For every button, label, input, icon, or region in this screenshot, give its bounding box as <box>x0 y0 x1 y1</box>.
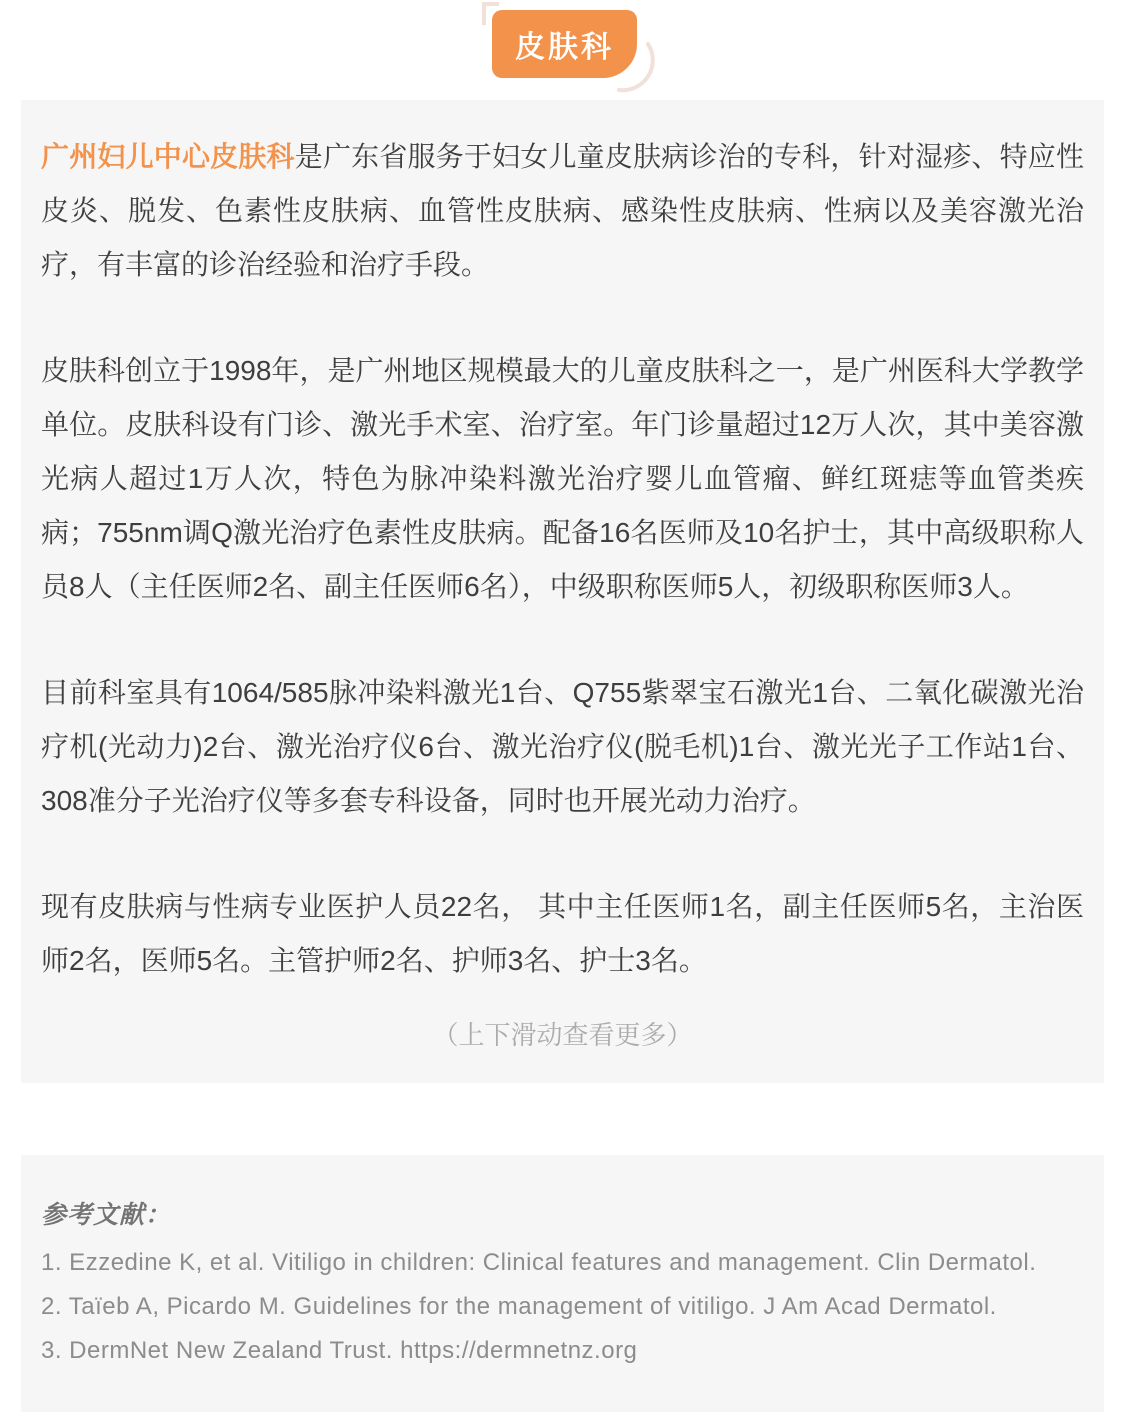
department-name-highlight: 广州妇儿中心皮肤科 <box>41 141 295 172</box>
reference-item: 3. DermNet New Zealand Trust. https://de… <box>41 1329 1084 1373</box>
paragraph-staff: 现有皮肤病与性病专业医护人员22名， 其中主任医师1名，副主任医师5名，主治医师… <box>41 880 1084 988</box>
article-scroll-area[interactable]: 广州妇儿中心皮肤科是广东省服务于妇女儿童皮肤病诊治的专科，针对湿疹、特应性皮炎、… <box>21 100 1104 1083</box>
paragraph-history: 皮肤科创立于1998年，是广州地区规模最大的儿童皮肤科之一，是广州医科大学教学单… <box>41 344 1084 614</box>
arc-decoration <box>588 26 658 96</box>
references-section: 参考文献： 1. Ezzedine K, et al. Vitiligo in … <box>21 1155 1104 1412</box>
references-header: 参考文献： <box>41 1193 1084 1237</box>
intro-paragraph: 广州妇儿中心皮肤科是广东省服务于妇女儿童皮肤病诊治的专科，针对湿疹、特应性皮炎、… <box>41 130 1084 292</box>
reference-item: 1. Ezzedine K, et al. Vitiligo in childr… <box>41 1241 1084 1285</box>
paragraph-equipment: 目前科室具有1064/585脉冲染料激光1台、Q755紫翠宝石激光1台、二氧化碳… <box>41 666 1084 828</box>
reference-item: 2. Taïeb A, Picardo M. Guidelines for th… <box>41 1285 1084 1329</box>
scroll-hint: （上下滑动查看更多） <box>41 1008 1084 1062</box>
